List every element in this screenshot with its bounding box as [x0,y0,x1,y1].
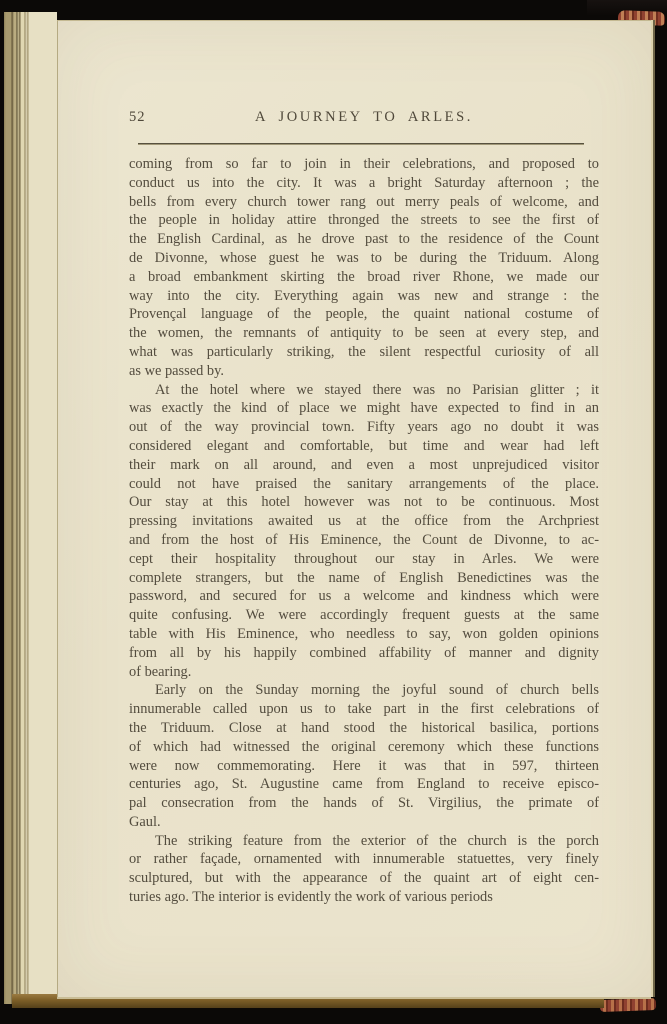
text-line: centuries ago, St. Augustine came from E… [129,775,599,794]
text-line: or rather façade, ornamented with innume… [129,850,599,869]
text-line: considered elegant and comfortable, but … [129,437,599,456]
book-page: 52 A JOURNEY TO ARLES. coming from so fa… [57,20,651,997]
page-edges-left [4,12,57,1004]
text-line: Our stay at this hotel however was not t… [129,493,599,512]
text-line: de Divonne, whose guest he was to be dur… [129,249,599,268]
header-rule [138,143,584,145]
text-line: the English Cardinal, as he drove past t… [129,230,599,249]
page-body: coming from so far to join in their cele… [129,155,599,907]
text-line: password, and secured for us a welcome a… [129,587,599,606]
text-line: a broad embankment skirting the broad ri… [129,268,599,287]
running-title: A JOURNEY TO ARLES. [129,109,599,126]
text-line: innumerable called upon us to take part … [129,700,599,719]
text-line: their mark on all around, and even a mos… [129,456,599,475]
text-line: The striking feature from the exterior o… [129,832,599,851]
text-line: sculptured, but with the appearance of t… [129,869,599,888]
text-line: way into the city. Everything again was … [129,287,599,306]
text-line: and from the host of His Eminence, the C… [129,531,599,550]
text-line: coming from so far to join in their cele… [129,155,599,174]
page-number: 52 [129,109,146,126]
headband-bottom-icon [600,998,656,1012]
text-line: table with His Eminence, who needless to… [129,625,599,644]
text-line: of which had witnessed the original cere… [129,738,599,757]
text-line: from all by his happily combined affabil… [129,644,599,663]
page-header: 52 A JOURNEY TO ARLES. [129,109,599,129]
text-line: were now commemorating. Here it was that… [129,757,599,776]
scanned-book-photo: { "page": { "number": "52", "running_tit… [0,0,667,1024]
text-line: turies ago. The interior is evidently th… [129,888,599,907]
text-line: Provençal language of the people, the qu… [129,305,599,324]
text-line: could not have praised the sanitary arra… [129,475,599,494]
text-line: out of the way provincial town. Fifty ye… [129,418,599,437]
text-line: of bearing. [129,663,599,682]
text-line: the women, the remnants of antiquity to … [129,324,599,343]
text-line: cept their hospitality throughout our st… [129,550,599,569]
text-line: Early on the Sunday morning the joyful s… [129,681,599,700]
text-line: pal consecration from the hands of St. V… [129,794,599,813]
text-line: conduct us into the city. It was a brigh… [129,174,599,193]
text-line: At the hotel where we stayed there was n… [129,381,599,400]
text-line: the people in holiday attire thronged th… [129,211,599,230]
text-line: pressing invitations awaited us at the o… [129,512,599,531]
text-line: quite confusing. We were accordingly fre… [129,606,599,625]
text-line: Gaul. [129,813,599,832]
text-line: bells from every church tower rang out m… [129,193,599,212]
text-line: was exactly the kind of place we might h… [129,399,599,418]
text-line: as we passed by. [129,362,599,381]
text-line: complete strangers, but the name of Engl… [129,569,599,588]
text-line: what was particularly striking, the sile… [129,343,599,362]
text-line: the Triduum. Close at hand stood the his… [129,719,599,738]
